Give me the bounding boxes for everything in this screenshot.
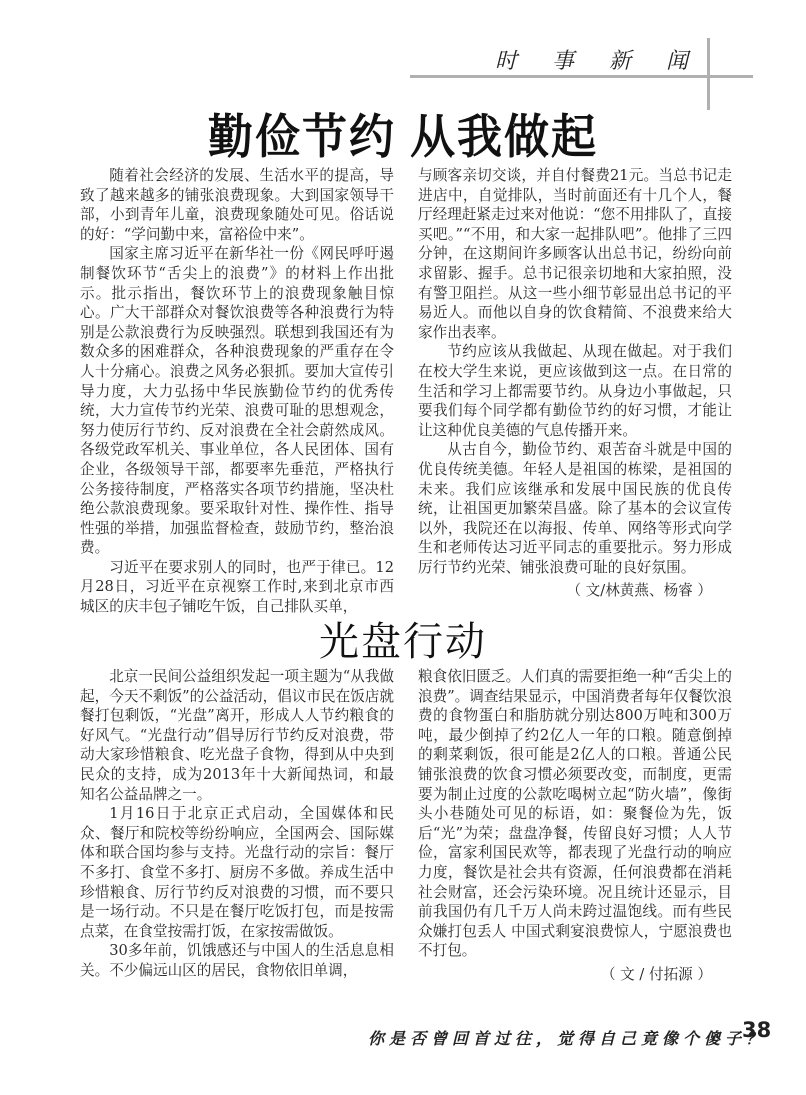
- paragraph: 粮食依旧匮乏。人们真的需要拒绝一种“舌尖上的浪费”。调查结果显示，中国消费者每年…: [418, 667, 732, 961]
- article1-right-column: 与顾客亲切交谈，并自付餐费21元。当总书记走进店中，自觉排队，当时前面还有十几个…: [418, 166, 732, 601]
- paragraph: 国家主席习近平在新华社一份《网民呼吁遏制餐饮环节“舌尖上的浪费”》的材料上作出批…: [80, 244, 394, 558]
- article1-title-part1: 勤俭节约: [208, 109, 396, 165]
- paragraph: 1月16日于北京正式启动，全国媒体和民众、餐厅和院校等纷纷响应，全国两会、国际媒…: [80, 804, 394, 941]
- paragraph: 节约应该从我做起、从现在做起。对于我们在校大学生来说，更应该做到这一点。在日常的…: [418, 342, 732, 440]
- paragraph: 北京一民间公益组织发起一项主题为“从我做起，今天不剩饭”的公益活动，倡议市民在饭…: [80, 667, 394, 804]
- section-tag: 时 事 新 闻: [495, 44, 702, 75]
- paragraph: 随着社会经济的发展、生活水平的提高，导致了越来越多的铺张浪费现象。大到国家领导干…: [80, 166, 394, 244]
- article2-title: 光盘行动: [0, 610, 806, 667]
- header-horizontal-rule: [410, 75, 753, 78]
- paragraph: 习近平在要求别人的同时，也严于律已。12月28日，习近平在京视察工作时,来到北京…: [80, 558, 394, 617]
- paragraph: 30多年前，饥饿感还与中国人的生活息息相关。不少偏远山区的居民，食物依旧单调，: [80, 941, 394, 980]
- footer-quote: 你是否曾回首过往，觉得自己竟像个傻子？: [368, 1026, 767, 1049]
- article1-left-column: 随着社会经济的发展、生活水平的提高，导致了越来越多的铺张浪费现象。大到国家领导干…: [80, 166, 394, 617]
- article2-right-column: 粮食依旧匮乏。人们真的需要拒绝一种“舌尖上的浪费”。调查结果显示，中国消费者每年…: [418, 667, 732, 985]
- article2-byline: （ 文 / 付拓源 ）: [418, 965, 732, 985]
- page-number: 38: [742, 1018, 771, 1042]
- article2-left-column: 北京一民间公益组织发起一项主题为“从我做起，今天不剩饭”的公益活动，倡议市民在饭…: [80, 667, 394, 981]
- article1-byline: （ 文/林黄燕、杨睿 ）: [418, 581, 732, 601]
- paragraph: 从古自今，勤俭节约、艰苦奋斗就是中国的优良传统美德。年轻人是祖国的栋梁，是祖国的…: [418, 440, 732, 577]
- paragraph: 与顾客亲切交谈，并自付餐费21元。当总书记走进店中，自觉排队，当时前面还有十几个…: [418, 166, 732, 342]
- article1-title: 勤俭节约从我做起: [0, 98, 806, 166]
- article1-title-part2: 从我做起: [410, 109, 598, 165]
